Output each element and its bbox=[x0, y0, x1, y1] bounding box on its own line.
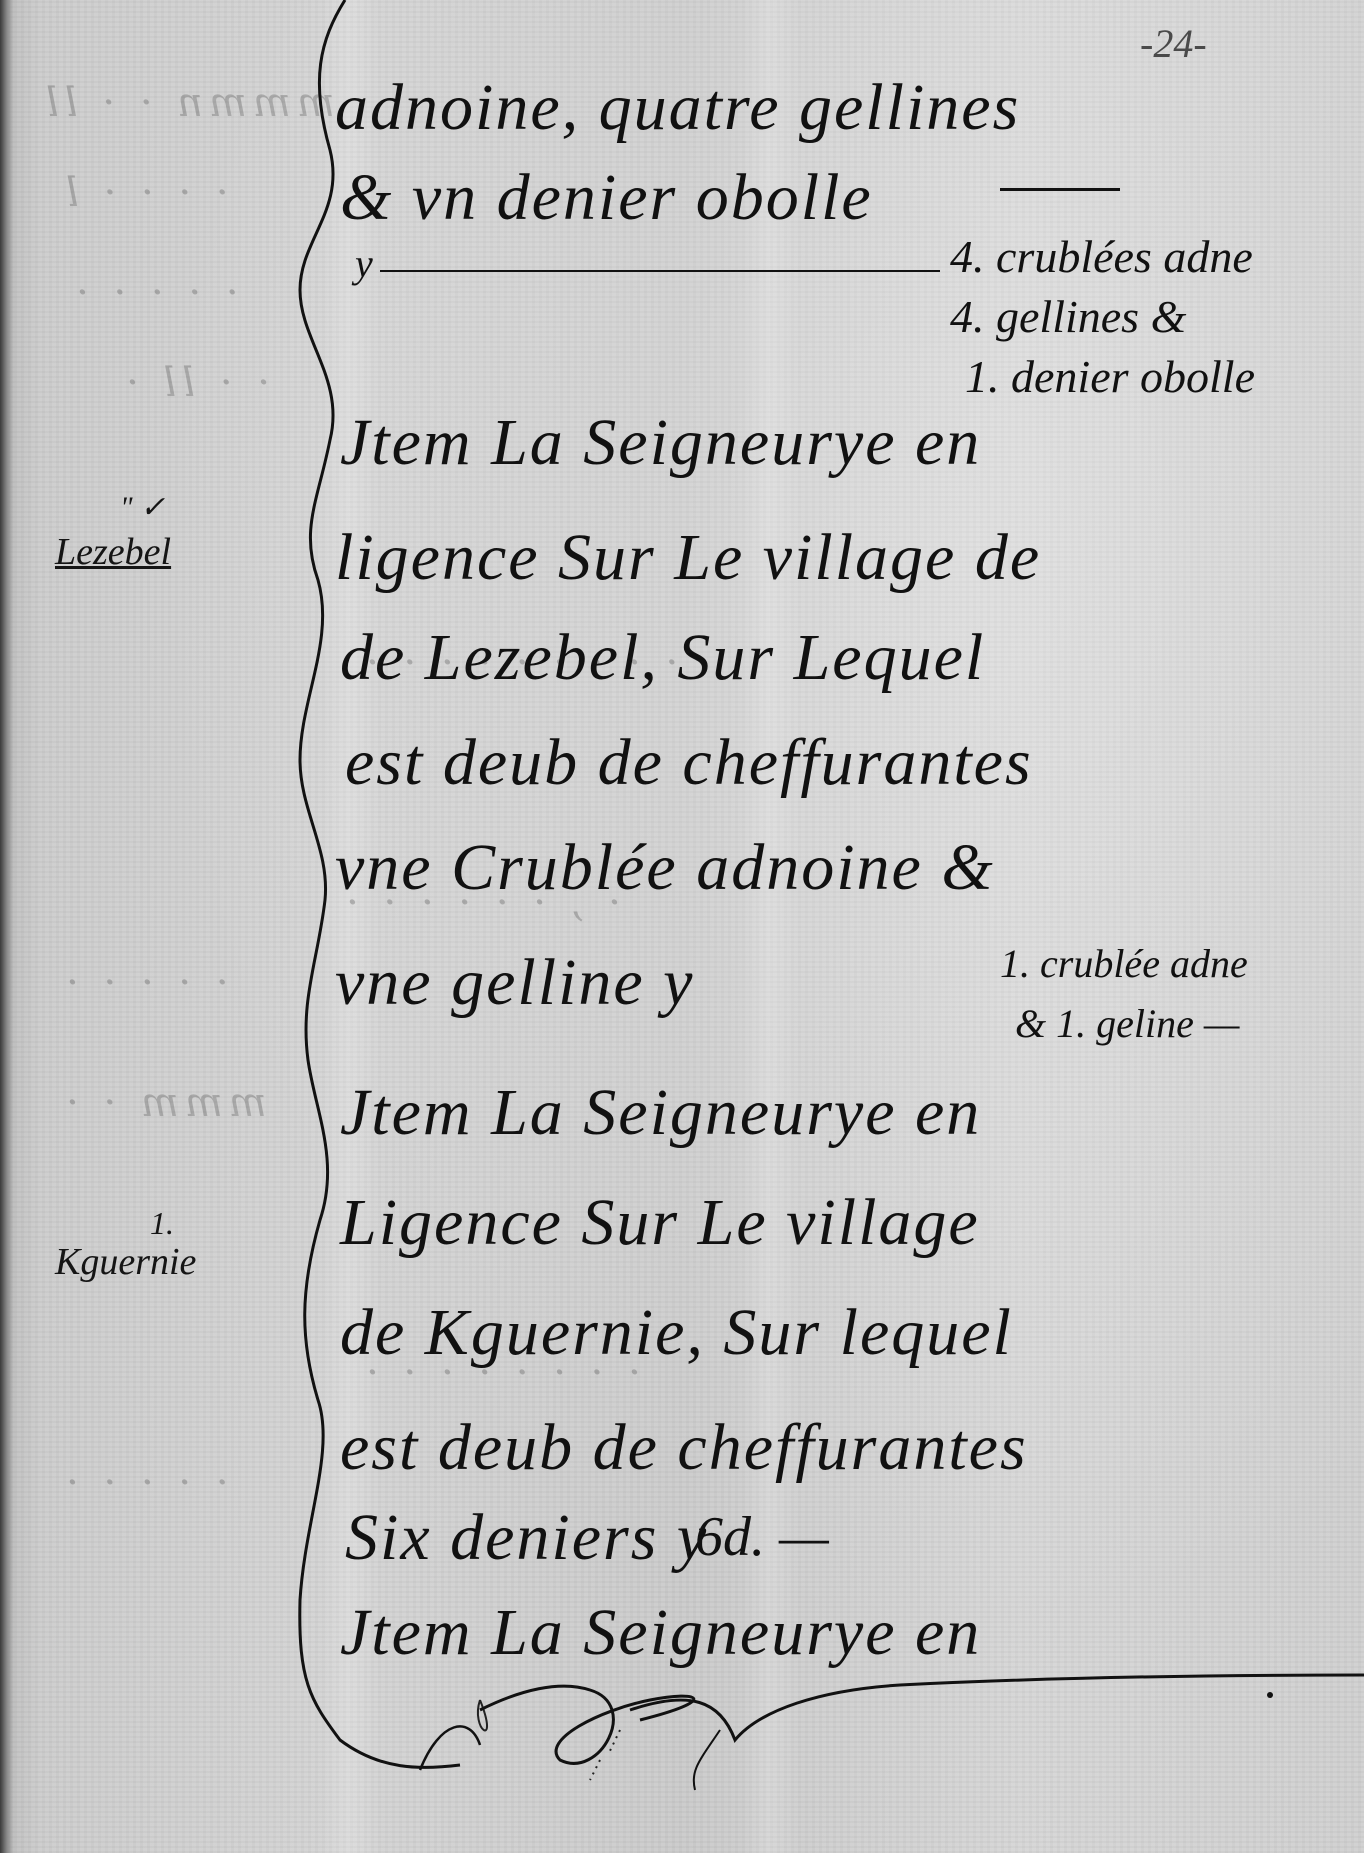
summary-amount: 4. gellines & bbox=[950, 290, 1186, 343]
manuscript-line: vne gelline y bbox=[335, 945, 694, 1021]
manuscript-line: ligence Sur Le village de bbox=[335, 520, 1041, 596]
manuscript-line: Jtem La Seigneurye en bbox=[340, 405, 981, 481]
manuscript-line: y bbox=[355, 240, 375, 287]
manuscript-line: Six deniers y bbox=[345, 1500, 708, 1576]
manuscript-line: vne Crublée adnoine & bbox=[335, 830, 995, 906]
manuscript-line: Jtem La Seigneurye en bbox=[340, 1075, 981, 1151]
manuscript-line: Jtem La Seigneurye en bbox=[340, 1595, 981, 1671]
summary-amount: 4. crublées adne bbox=[950, 230, 1253, 283]
summary-amount: 1. denier obolle bbox=[965, 350, 1255, 403]
manuscript-line: Ligence Sur Le village bbox=[340, 1185, 980, 1261]
margin-marker: " ✓ bbox=[120, 490, 165, 525]
manuscript-line: est deub de cheffurantes bbox=[340, 1410, 1028, 1486]
fill-dash bbox=[1000, 188, 1120, 191]
margin-note-village: Kguernie bbox=[55, 1240, 196, 1284]
margin-marker: 1. bbox=[150, 1205, 174, 1242]
page-number: -24- bbox=[1140, 20, 1207, 67]
manuscript-line: de Kguernie, Sur lequel bbox=[340, 1295, 1013, 1371]
margin-note-village: Lezebel bbox=[55, 530, 171, 574]
manuscript-line: adnoine, quatre gellines bbox=[335, 70, 1020, 146]
manuscript-line: est deub de cheffurantes bbox=[345, 725, 1033, 801]
manuscript-line: & vn denier obolle bbox=[340, 160, 873, 236]
summary-amount: 6d. — bbox=[695, 1505, 829, 1569]
summary-amount: 1. crublée adne bbox=[1000, 940, 1248, 987]
summary-amount: & 1. geline — bbox=[1015, 1000, 1239, 1047]
manuscript-page: mmmn · · ll · · · · l · · · · · · · ll ·… bbox=[0, 0, 1364, 1853]
fill-dash bbox=[380, 270, 940, 272]
manuscript-line: de Lezebel, Sur Lequel bbox=[340, 620, 985, 696]
